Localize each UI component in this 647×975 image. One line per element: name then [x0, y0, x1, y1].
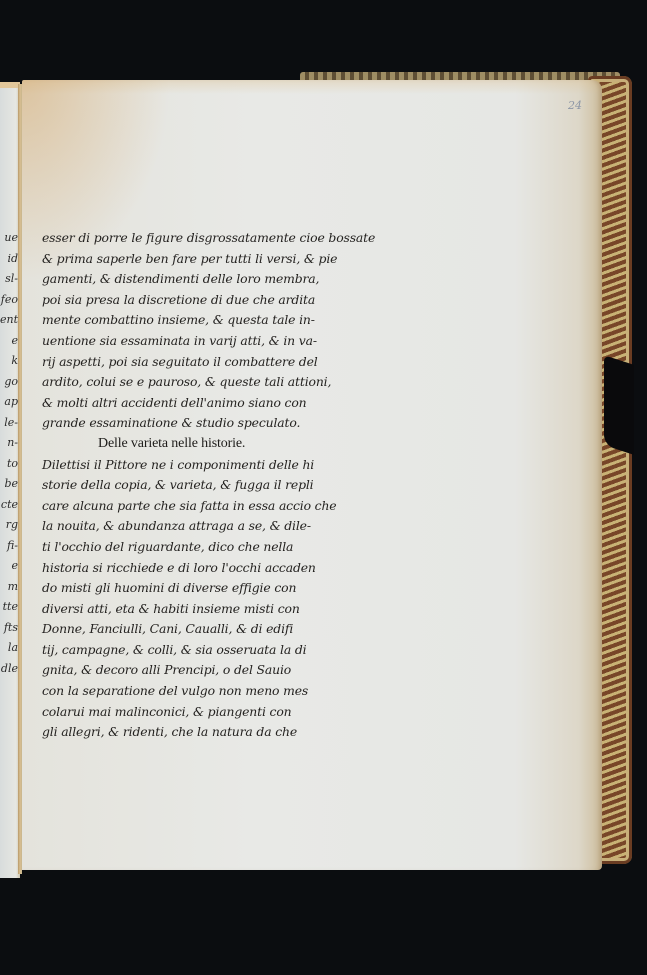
manuscript-text: esser di porre le figure disgrossatament…: [42, 228, 382, 743]
left-fragment: ap: [0, 392, 18, 413]
left-fragment: rg: [0, 515, 18, 536]
text-line: colarui mai malinconici, & piangenti con: [42, 702, 382, 723]
left-fragment: ente: [0, 310, 18, 331]
text-line: storie della copia, & varieta, & fugga i…: [42, 475, 382, 496]
left-fragment: dle: [0, 659, 18, 680]
left-fragment: go: [0, 372, 18, 393]
left-fragment: id: [0, 249, 18, 270]
left-fragment: m: [0, 577, 18, 598]
left-fragment: fts: [0, 618, 18, 639]
text-line: Donne, Fanciulli, Cani, Caualli, & di ed…: [42, 619, 382, 640]
text-line: & molti altri accidenti dell'animo siano…: [42, 393, 382, 414]
left-fragment: ue: [0, 228, 18, 249]
text-line: do misti gli huomini di diverse effigie …: [42, 578, 382, 599]
left-fragment: le-: [0, 413, 18, 434]
text-line: diversi atti, eta & habiti insieme misti…: [42, 599, 382, 620]
text-line: care alcuna parte che sia fatta in essa …: [42, 496, 382, 517]
text-line: rij aspetti, poi sia seguitato il combat…: [42, 352, 382, 373]
left-fragment: cte: [0, 495, 18, 516]
manuscript-scan: ue id sl- feo ente e k go ap le- n- to b…: [0, 0, 647, 975]
text-line: mente combattino insieme, & questa tale …: [42, 310, 382, 331]
text-line: gamenti, & distendimenti delle loro memb…: [42, 269, 382, 290]
text-line: historia si ricchiede e di loro l'occhi …: [42, 558, 382, 579]
left-fragment: feo: [0, 290, 18, 311]
bookmark-ribbon: [604, 355, 634, 455]
left-fragment: la: [0, 638, 18, 659]
left-fragment: to: [0, 454, 18, 475]
left-fragment: e: [0, 556, 18, 577]
text-line: poi sia presa la discretione di due che …: [42, 290, 382, 311]
text-line: ardito, colui se e pauroso, & queste tal…: [42, 372, 382, 393]
text-line: con la separatione del vulgo non meno me…: [42, 681, 382, 702]
section-heading: Delle varieta nelle historie.: [42, 434, 382, 455]
text-line: uentione sia essaminata in varij atti, &…: [42, 331, 382, 352]
page-number: 24: [568, 99, 582, 112]
text-line: & prima saperle ben fare per tutti li ve…: [42, 249, 382, 270]
left-fragment: be: [0, 474, 18, 495]
text-line: gli allegri, & ridenti, che la natura da…: [42, 722, 382, 743]
text-line: grande essaminatione & studio speculato.: [42, 413, 382, 434]
left-fragment: sl-: [0, 269, 18, 290]
left-fragment: tte: [0, 597, 18, 618]
text-line: ti l'occhio del riguardante, dico che ne…: [42, 537, 382, 558]
left-page-text-fragments: ue id sl- feo ente e k go ap le- n- to b…: [0, 228, 18, 679]
left-fragment: n-: [0, 433, 18, 454]
left-fragment: k: [0, 351, 18, 372]
text-line: esser di porre le figure disgrossatament…: [42, 228, 382, 249]
text-line: Dilettisi il Pittore ne i componimenti d…: [42, 455, 382, 476]
text-line: gnita, & decoro alli Prencipi, o del Sau…: [42, 660, 382, 681]
left-fragment: e: [0, 331, 18, 352]
left-fragment: fi-: [0, 536, 18, 557]
text-line: la nouita, & abundanza attraga a se, & d…: [42, 516, 382, 537]
text-line: tij, campagne, & colli, & sia osseruata …: [42, 640, 382, 661]
